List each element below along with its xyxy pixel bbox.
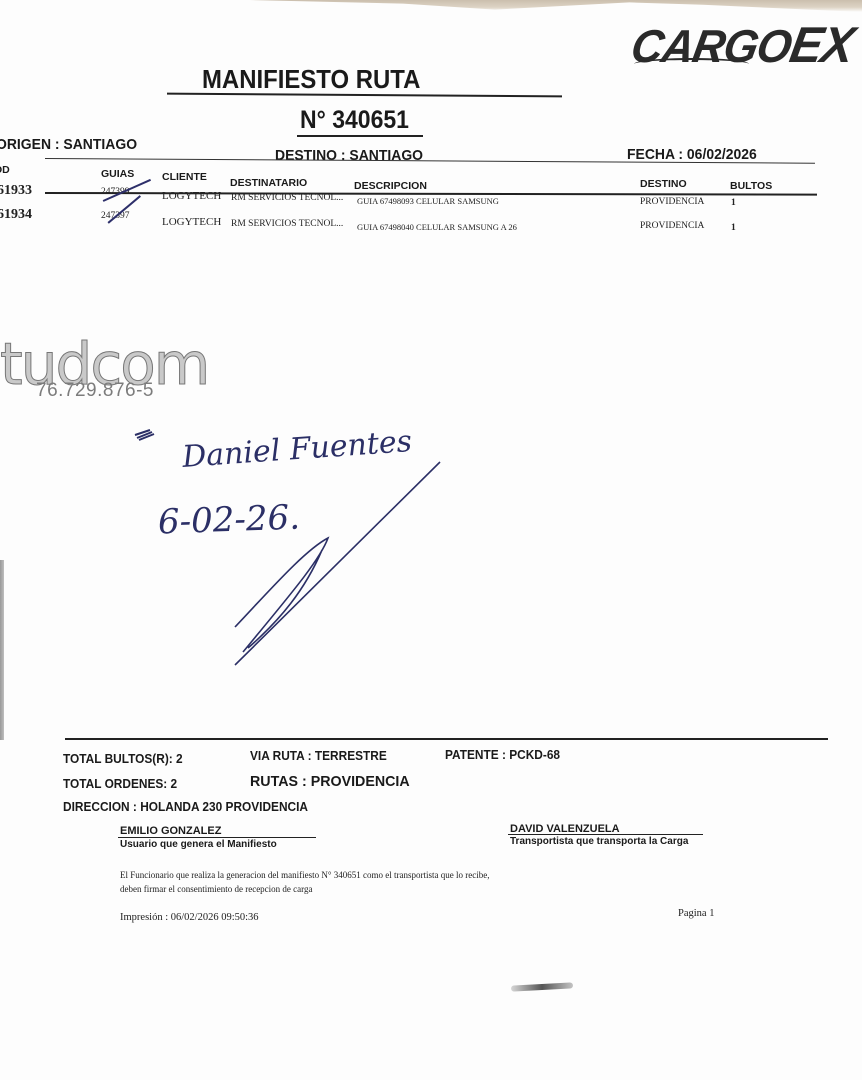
page-number: Pagina 1 <box>678 908 714 919</box>
rutas: RUTAS : PROVIDENCIA <box>250 773 410 790</box>
number-underline <box>297 135 423 137</box>
paper-edge-shadow <box>250 0 862 12</box>
footer-divider <box>65 738 828 740</box>
stamp-rut: 76.729.876-5 <box>36 380 154 402</box>
cell-bultos: 1 <box>731 223 736 233</box>
cell-destinatario: RM SERVICIOS TECNOL... <box>231 219 343 229</box>
title-underline <box>167 93 562 98</box>
logo-suffix: EX <box>786 18 858 74</box>
manifest-number: N° 340651 <box>300 106 409 135</box>
col-cliente: CLIENTE <box>162 171 207 183</box>
col-od: OD <box>0 164 10 176</box>
cell-destino: PROVIDENCIA <box>640 221 704 231</box>
total-ordenes: TOTAL ORDENES: 2 <box>63 777 177 791</box>
via-ruta: VIA RUTA : TERRESTRE <box>250 749 387 763</box>
disclaimer-line-1: El Funcionario que realiza la generacion… <box>120 868 489 882</box>
handwritten-signature <box>130 420 460 680</box>
ink-smudge <box>511 982 573 991</box>
cell-cliente: LOGYTECH <box>162 190 221 202</box>
destination-field: DESTINO : SANTIAGO <box>275 147 423 164</box>
cell-od: 361934 <box>0 207 32 223</box>
disclaimer-line-2: deben firmar el consentimiento de recepc… <box>120 882 489 896</box>
document-title: MANIFIESTO RUTA <box>202 64 420 95</box>
cell-descripcion: GUIA 67498040 CELULAR SAMSUNG A 26 <box>357 222 517 232</box>
cell-descripcion: GUIA 67498093 CELULAR SAMSUNG <box>357 196 499 206</box>
carrier-role: Transportista que transporta la Carga <box>510 836 688 847</box>
disclaimer: El Funcionario que realiza la generacion… <box>120 868 489 896</box>
col-guias: GUIAS <box>101 168 134 180</box>
paper-left-edge <box>0 560 4 740</box>
date-field: FECHA : 06/02/2026 <box>627 146 757 163</box>
user-role: Usuario que genera el Manifiesto <box>120 839 277 850</box>
user-name: EMILIO GONZALEZ <box>120 825 221 837</box>
cell-od: 361933 <box>0 183 32 199</box>
col-destino: DESTINO <box>640 178 687 190</box>
patente: PATENTE : PCKD-68 <box>445 748 560 762</box>
print-timestamp: Impresión : 06/02/2026 09:50:36 <box>120 912 259 923</box>
user-signature-line <box>118 837 316 838</box>
col-descripcion: DESCRIPCION <box>354 180 427 192</box>
direccion: DIRECCION : HOLANDA 230 PROVIDENCIA <box>63 800 308 814</box>
logo-swoosh <box>634 58 749 70</box>
cell-destino: PROVIDENCIA <box>640 197 704 207</box>
total-bultos: TOTAL BULTOS(R): 2 <box>63 752 183 766</box>
cell-cliente: LOGYTECH <box>162 216 221 228</box>
col-destinatario: DESTINATARIO <box>230 177 307 189</box>
cell-destinatario: RM SERVICIOS TECNOL... <box>231 193 343 203</box>
origin-field: ORIGEN : SANTIAGO <box>0 136 137 153</box>
col-bultos: BULTOS <box>730 180 772 192</box>
cell-bultos: 1 <box>731 198 736 208</box>
carrier-signature-line <box>508 834 703 835</box>
